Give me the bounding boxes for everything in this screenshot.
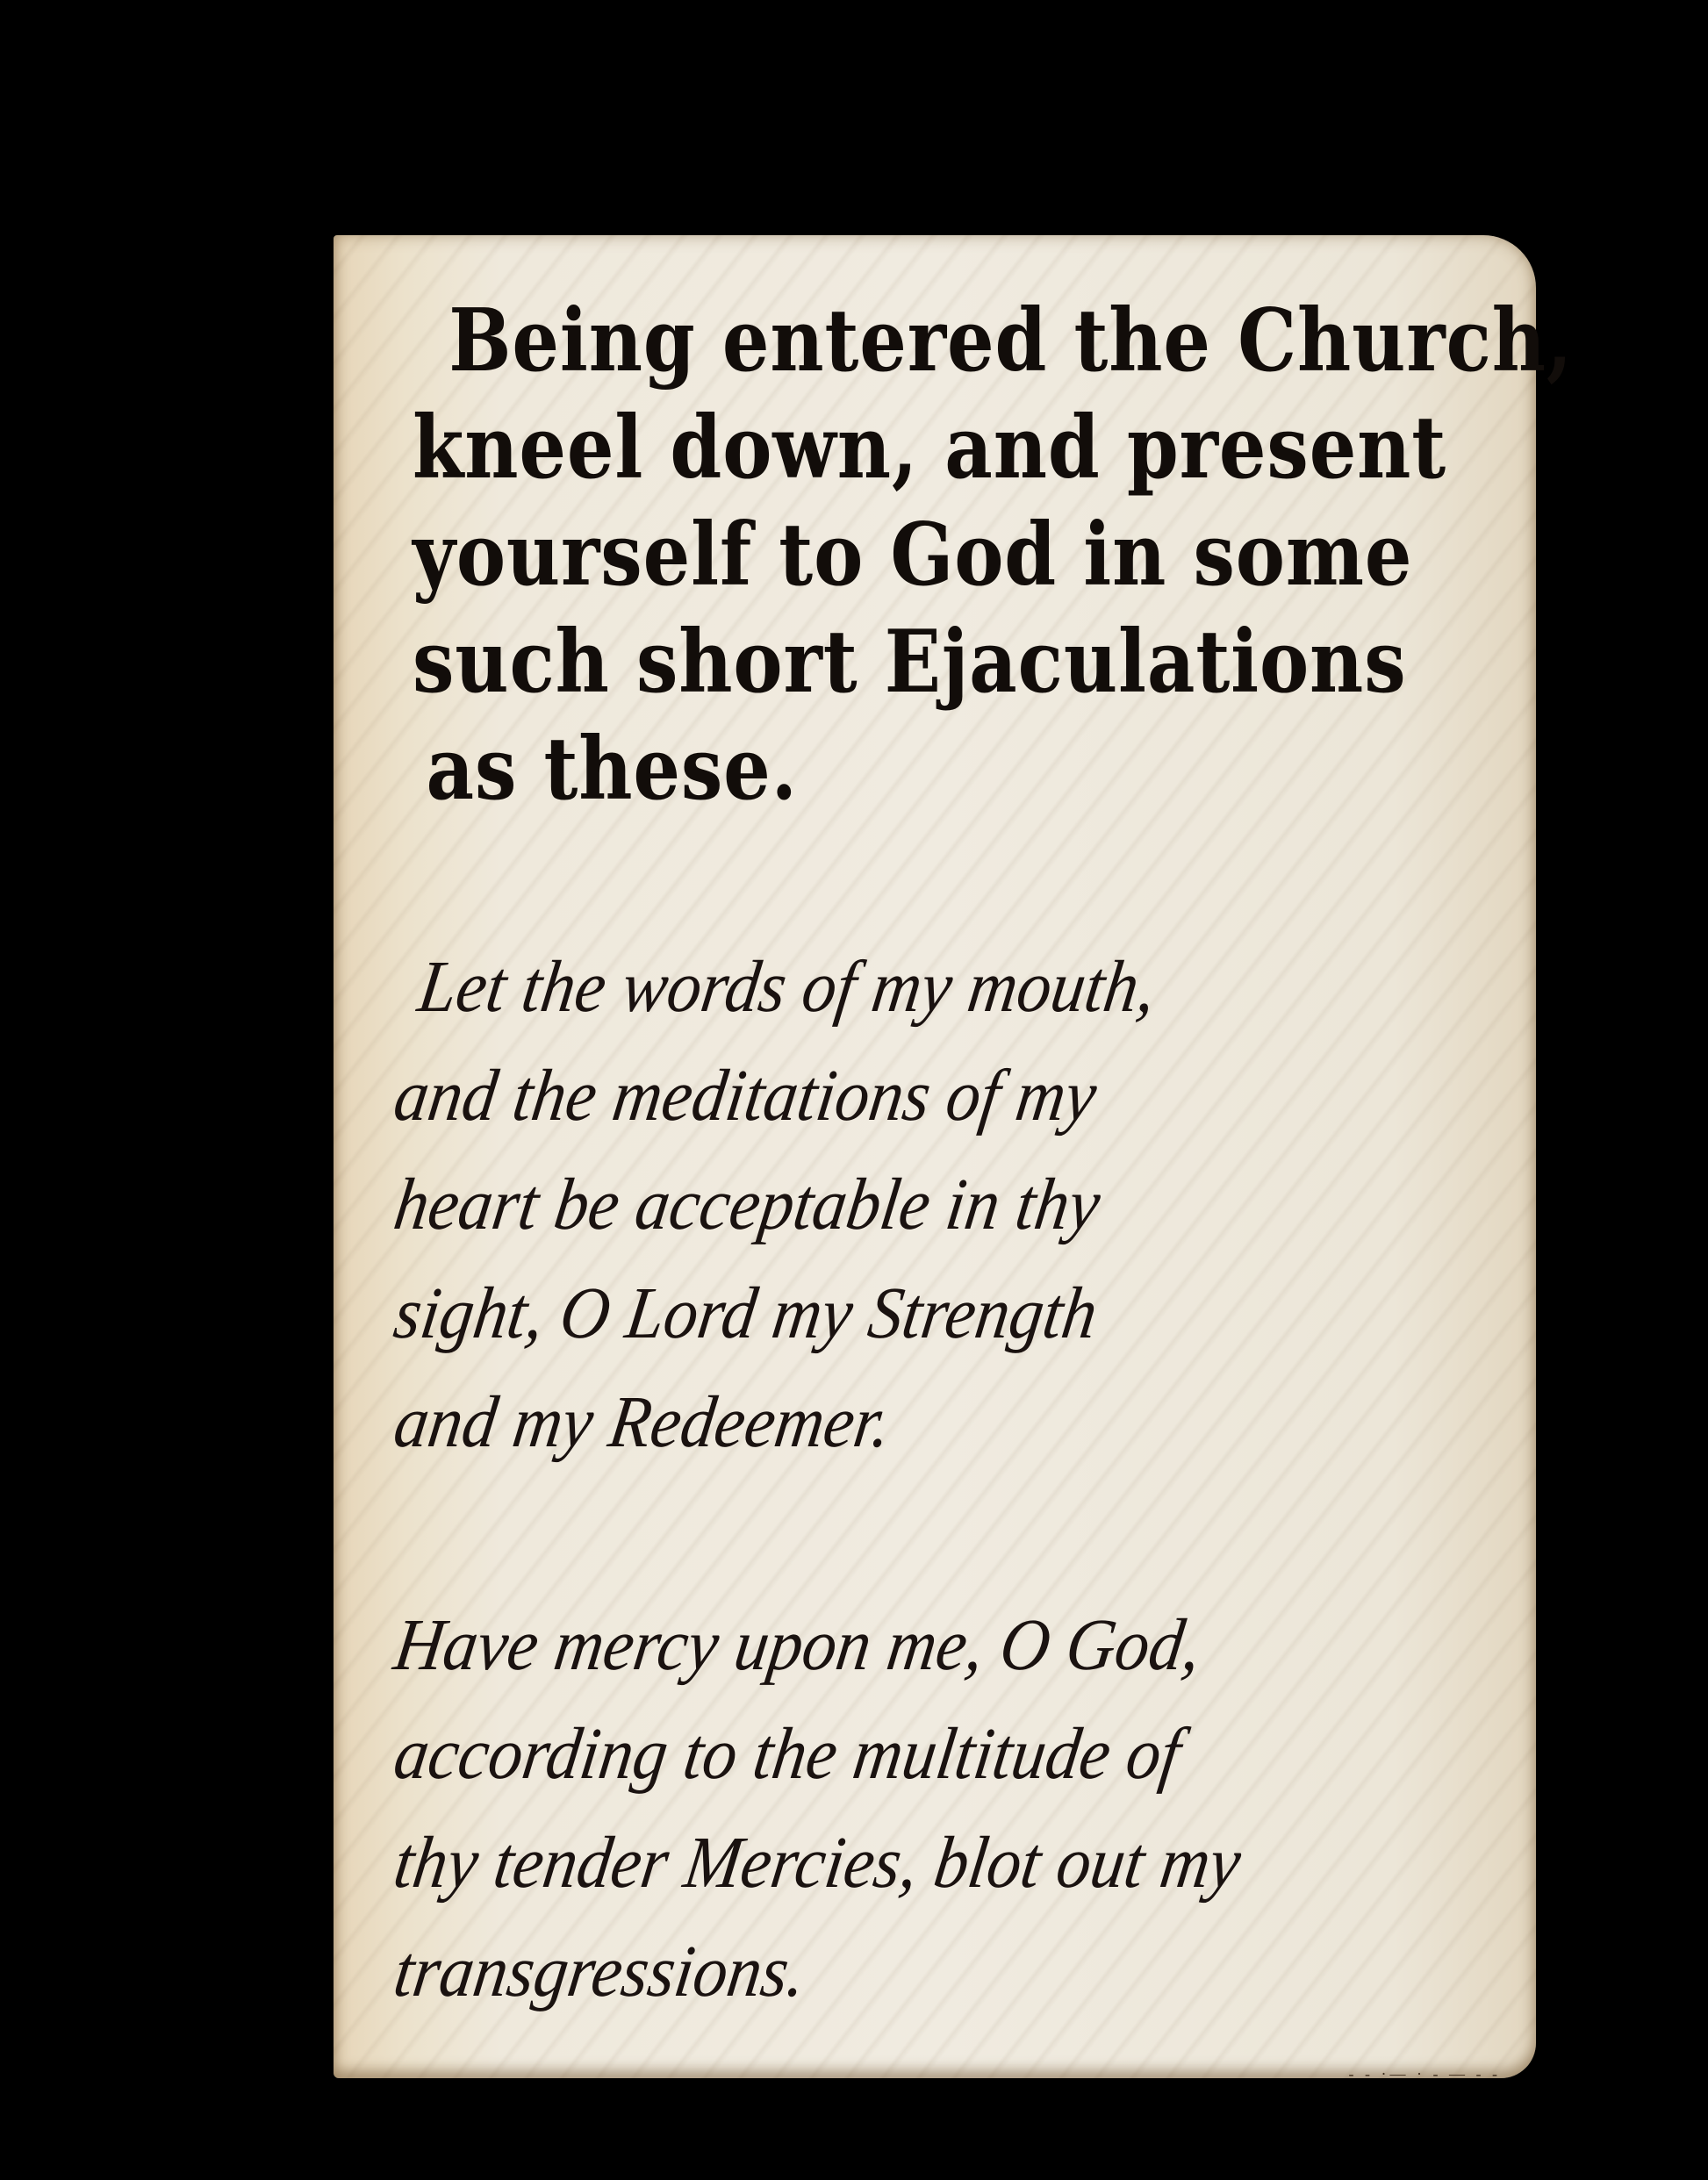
script-line: Let the words of my mouth,	[387, 933, 1436, 1042]
script-line: thy tender Mercies, blot out my	[387, 1809, 1436, 1918]
blackletter-heading: Being entered the Church, kneel down, an…	[413, 288, 1518, 823]
script-line: transgressions.	[387, 1918, 1436, 2026]
script-line: and the meditations of my	[387, 1042, 1436, 1151]
script-line: according to the multitude of	[387, 1700, 1436, 1809]
script-line: and my Redeemer.	[387, 1368, 1436, 1477]
heading-line: as these.	[413, 716, 1364, 823]
heading-line: yourself to God in some	[413, 502, 1364, 609]
heading-line: kneel down, and present	[413, 395, 1364, 502]
heading-line: Being entered the Church,	[413, 288, 1364, 395]
heading-line: such short Ejaculations	[413, 609, 1364, 716]
script-line: Have mercy upon me, O God,	[387, 1591, 1436, 1700]
ejaculation-paragraph-1: Let the words of my mouth, and the medit…	[395, 933, 1518, 1477]
bottom-edge-ink-marks: - - ·— · - — - -	[1349, 2065, 1501, 2083]
script-line: sight, O Lord my Strength	[387, 1259, 1436, 1368]
script-line: heart be acceptable in thy	[387, 1151, 1436, 1259]
ejaculation-paragraph-2: Have mercy upon me, O God, according to …	[395, 1591, 1518, 2026]
manuscript-page: Being entered the Church, kneel down, an…	[334, 235, 1536, 2078]
